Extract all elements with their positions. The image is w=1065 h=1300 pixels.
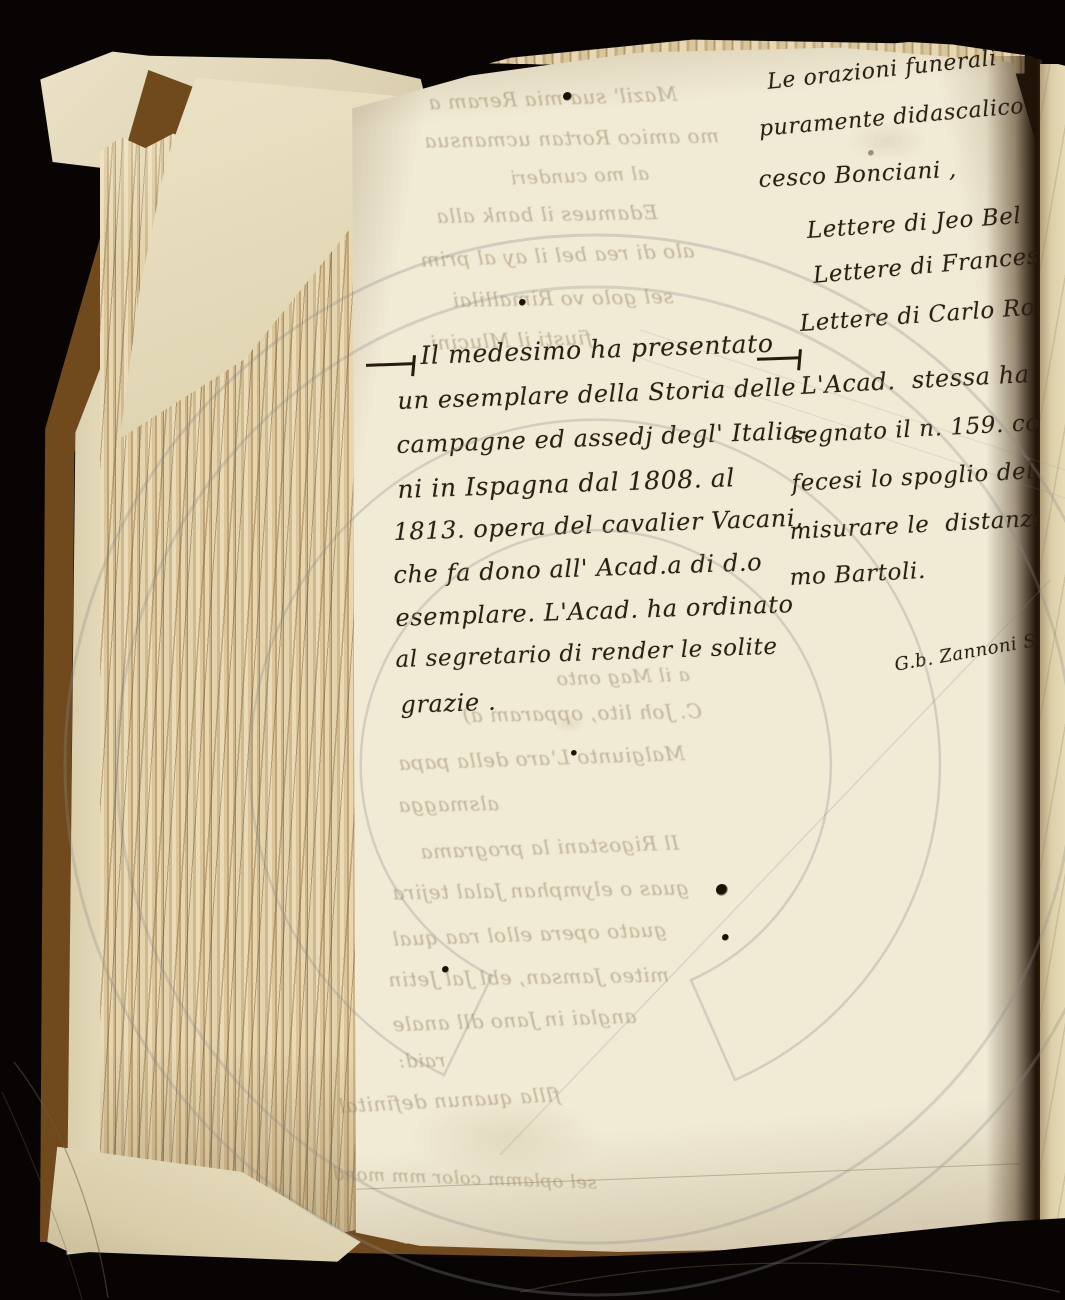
ink-blot [442,966,449,973]
ink-line-titles: Le orazioni funerali [766,46,998,95]
ink-line-titles: Lettere di Carlo Rob [799,293,1051,336]
handwriting-layer: Mazil' sua mia Reram amo amico Rortan uc… [0,0,1065,1300]
ink-line-titles: Lettere di Francesco [812,241,1065,289]
ink-blot [868,150,874,156]
ink-line-titles: cesco Bonciani , [758,157,957,193]
ink-line-left-column: esemplare. L'Acad. ha ordinato [395,590,794,632]
ink-line-right-column: mo Bartoli. [789,558,926,591]
ink-line-right-column: segnato il n. 159. col quale [791,406,1065,449]
ink-line-right-column: L'Acad. stessa ha a [800,359,1053,400]
show-through-text-line: Edamues il bank alla [436,200,658,228]
show-through-text-line: Mazil' sua mia Reram a [428,82,678,115]
show-through-text-line: al mo cunderi [510,163,650,190]
ink-blot [519,299,526,306]
manuscript-photo: Mazil' sua mia Reram amo amico Rortan uc… [0,0,1065,1300]
ink-line-left-column: 1813. opera del cavalier Vacani, [393,504,804,546]
ink-line-left-column: ni in Ispagna dal 1808. al [397,463,735,504]
ink-line-left-column: grazie . [400,688,497,719]
ink-line-left-column: campagne ed assedj degl' Italia- [396,417,808,459]
insertion-mark [366,362,414,367]
show-through-text-line: raid: [398,1050,446,1073]
show-through-text-line: miteo Jamsan, ebl Jal Jetin [388,963,669,992]
show-through-text-line: alo di rea bel il ay al prim [420,238,695,272]
insertion-mark [757,356,800,360]
show-through-text-line: guas o elymphan Jalal tejira [392,875,689,904]
show-through-text-line: mo amico Rortan ucmansua [424,123,719,152]
show-through-text-line: fllla quanun definital [338,1082,562,1118]
show-through-text-line: sel golo vo Rimallilai [452,284,674,312]
ink-blot [716,884,728,896]
ink-blot [722,934,729,941]
ink-blot [563,92,572,101]
show-through-text-line: Il Rigostani la programa [420,830,680,863]
show-through-text-line: C. Joh lito, opparam a) [462,699,702,727]
ink-blot [571,750,577,756]
show-through-text-line: alsmagga [398,791,499,817]
ink-line-right-column: fecesi lo spoglio del med. [791,455,1065,497]
ink-line-left-column: un esemplare della Storia delle [397,373,797,415]
facing-page-sliver [1040,64,1065,1224]
ink-line-left-column: che fa dono all' Acad.a di d.o [393,548,763,589]
ink-line-right-column: misurare le distanze, d [789,504,1065,545]
show-through-text-line: a il Mag onto [556,664,690,691]
show-through-text-line: anglai in Jano dll anale [392,1004,637,1037]
show-through-text-line: guato opera ellol raa qual [392,917,667,951]
ink-line-titles: Lettere di Jeo Bel [806,203,1022,244]
ink-line-titles: puramente didascalico d. [758,91,1063,142]
show-through-text-line: Malgiunto L'aro della papa [398,741,686,775]
show-through-text-line: sel oplamm color mm mond [332,1163,597,1193]
